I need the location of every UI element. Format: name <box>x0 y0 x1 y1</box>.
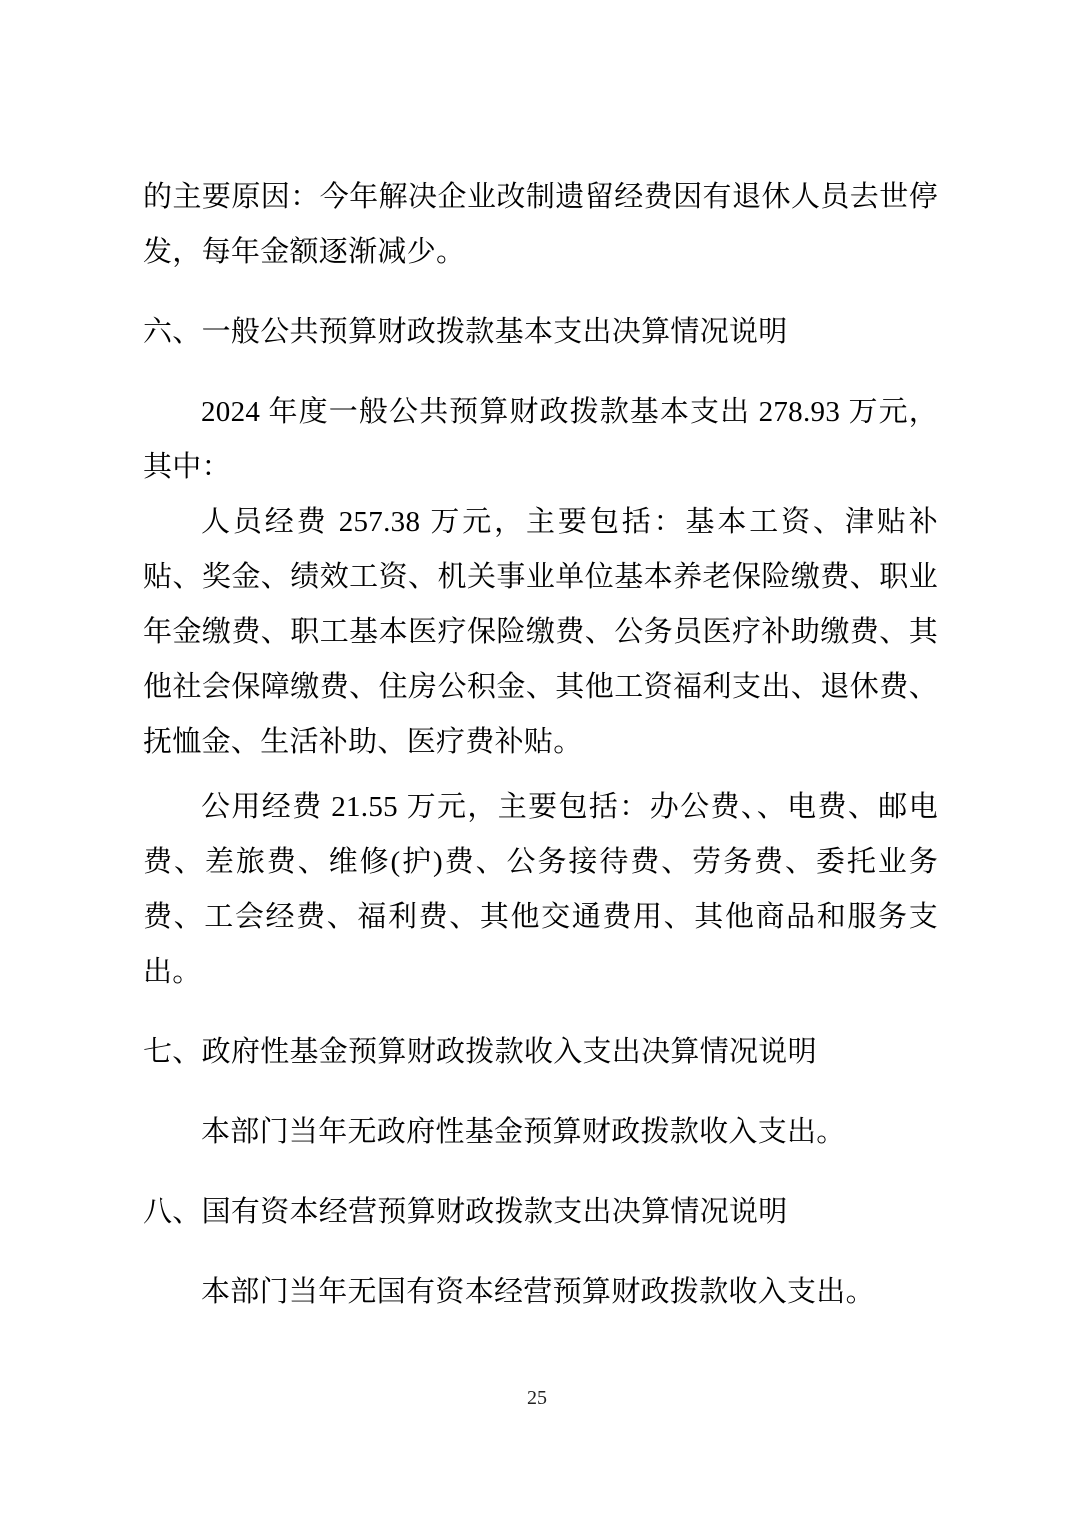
document-content: 的主要原因：今年解决企业改制遗留经费因有退休人员去世停发，每年金额逐渐减少。 六… <box>143 170 938 1320</box>
document-page: 的主要原因：今年解决企业改制遗留经费因有退休人员去世停发，每年金额逐渐减少。 六… <box>0 0 1074 1520</box>
paragraph-public-funds: 公用经费 21.55 万元，主要包括：办公费、、电费、邮电费、差旅费、维修(护)… <box>143 780 938 1000</box>
paragraph-state-capital-budget-none: 本部门当年无国有资本经营预算财政拨款收入支出。 <box>143 1265 938 1320</box>
paragraph-personnel-funds: 人员经费 257.38 万元，主要包括：基本工资、津贴补贴、奖金、绩效工资、机关… <box>143 495 938 770</box>
paragraph-basic-expenditure-total: 2024 年度一般公共预算财政拨款基本支出 278.93 万元，其中： <box>143 385 938 495</box>
paragraph-continuation-reason: 的主要原因：今年解决企业改制遗留经费因有退休人员去世停发，每年金额逐渐减少。 <box>143 170 938 280</box>
section-heading-six-basic-expenditure: 六、一般公共预算财政拨款基本支出决算情况说明 <box>143 305 938 360</box>
page-number: 25 <box>0 1386 1074 1410</box>
section-heading-eight-state-capital-budget: 八、国有资本经营预算财政拨款支出决算情况说明 <box>143 1185 938 1240</box>
section-heading-seven-gov-fund-budget: 七、政府性基金预算财政拨款收入支出决算情况说明 <box>143 1025 938 1080</box>
paragraph-gov-fund-budget-none: 本部门当年无政府性基金预算财政拨款收入支出。 <box>143 1105 938 1160</box>
